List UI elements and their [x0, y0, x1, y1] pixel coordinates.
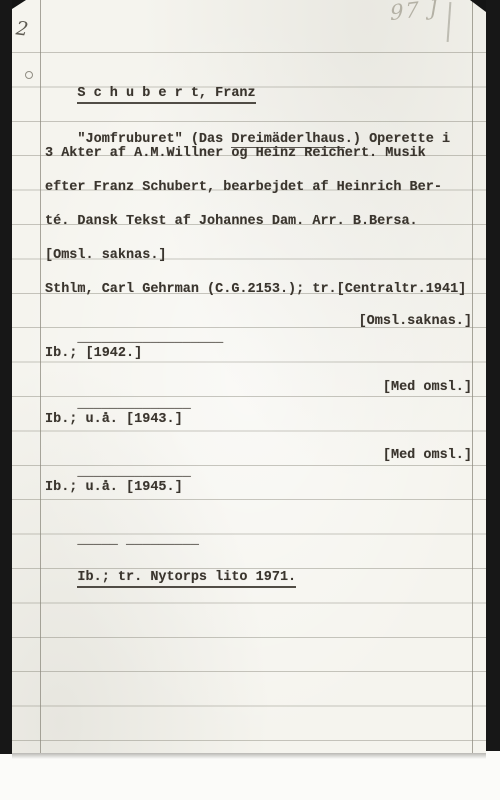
title-row: "Jomfruburet" (Das Dreimäderlhaus.) Oper…	[45, 110, 486, 130]
left-margin-line	[40, 0, 41, 753]
scan-edge-right	[486, 0, 500, 751]
pencil-stroke-mark	[447, 2, 451, 42]
description-line: efter Franz Schubert, bearbejdet af Hein…	[45, 178, 486, 198]
ditto-dashes: _____ _________	[77, 533, 199, 548]
pencil-corner-note: 97 J	[390, 0, 440, 25]
entry-row: ______________ [Med omsl.]	[45, 378, 486, 398]
scanned-catalog-card-page: { "card": { "pencil_page_number": "2", "…	[0, 0, 500, 800]
entry-note: [Med omsl.]	[383, 378, 472, 398]
composer-heading: S c h u b e r t, Franz	[77, 86, 255, 104]
imprint-row: Sthlm, Carl Gehrman (C.G.2153.); tr.[Cen…	[45, 280, 486, 300]
entry-row: ______________ [Med omsl.]	[45, 446, 486, 466]
scan-edge-left	[0, 0, 12, 754]
entry-row: Ib.; tr. Nytorps lito 1971.	[45, 548, 486, 568]
entry-row: __________________ [Omsl.saknas.]	[45, 312, 486, 332]
description-line: té. Dansk Tekst af Johannes Dam. Arr. B.…	[45, 212, 486, 232]
final-entry-underlined: Ib.; tr. Nytorps lito 1971.	[77, 570, 296, 588]
entry-note: [Omsl.saknas.]	[359, 312, 472, 332]
description-line: 3 Akter af A.M.Willner og Heinz Reichert…	[45, 144, 486, 164]
entry-row: Ib.; [1942.]	[45, 344, 486, 364]
entry-note: [Med omsl.]	[383, 446, 472, 466]
entry-marker-icon	[25, 71, 33, 79]
heading-row: S c h u b e r t, Franz	[45, 64, 486, 84]
cover-note-line: [Omsl. saknas.]	[45, 246, 486, 266]
entry-row: _____ _________	[45, 514, 486, 534]
entry-row: Ib.; u.å. [1943.]	[45, 410, 486, 430]
catalog-card: 2 97 J S c h u b e r t, Franz "Jomfrubur…	[12, 0, 486, 753]
pencil-page-number: 2	[15, 17, 30, 40]
entry-row: Ib.; u.å. [1945.]	[45, 478, 486, 498]
card-bottom-shadow	[12, 753, 486, 759]
